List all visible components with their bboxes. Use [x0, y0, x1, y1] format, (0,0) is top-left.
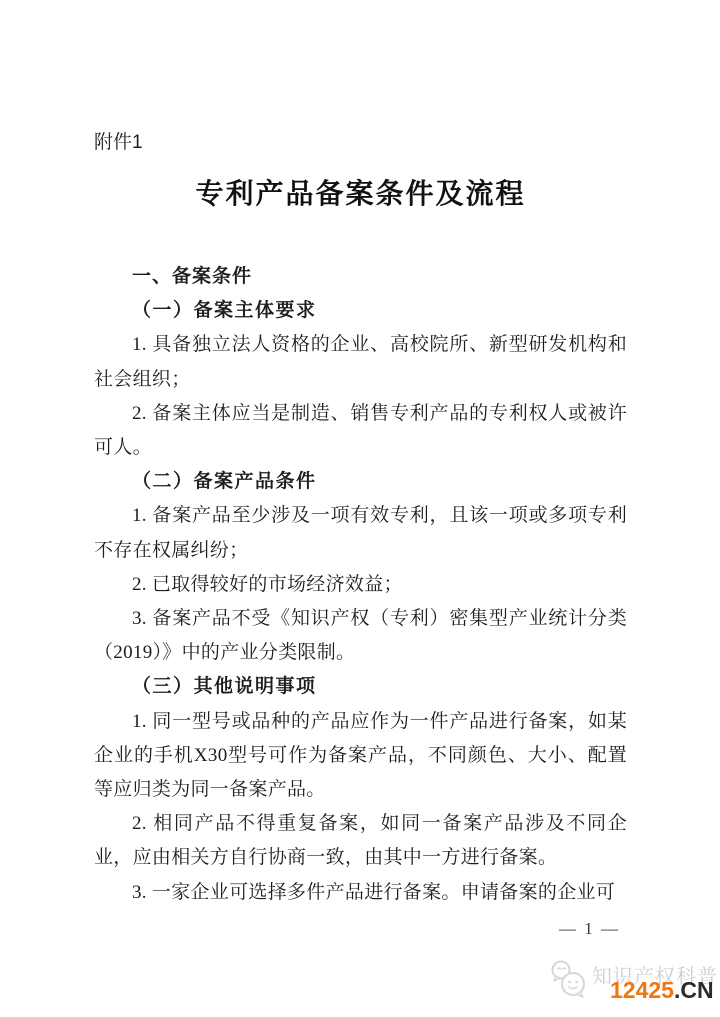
paragraph: 2. 备案主体应当是制造、销售专利产品的专利权人或被许可人。 [94, 397, 627, 465]
paragraph: 1. 同一型号或品种的产品应作为一件产品进行备案，如某企业的手机X30型号可作为… [94, 705, 627, 808]
sub-heading: （二）备案产品条件 [94, 465, 627, 499]
page-number: — 1 — [559, 919, 620, 939]
paragraph: 1. 备案产品至少涉及一项有效专利，且该一项或多项专利不存在权属纠纷； [94, 499, 627, 567]
chat-bubbles-icon [548, 958, 590, 1000]
sub-heading: （三）其他说明事项 [94, 670, 627, 704]
body-text: 一、备案条件 （一）备案主体要求 1. 具备独立法人资格的企业、高校院所、新型研… [94, 260, 627, 910]
section-heading: 一、备案条件 [94, 260, 627, 294]
paragraph: 3. 备案产品不受《知识产权（专利）密集型产业统计分类（2019）》中的产业分类… [94, 602, 627, 670]
paragraph: 2. 已取得较好的市场经济效益； [94, 568, 627, 602]
paragraph: 1. 具备独立法人资格的企业、高校院所、新型研发机构和社会组织； [94, 328, 627, 396]
watermark-site-name: 12425 [610, 977, 674, 1003]
watermark-site-tld: .CN [674, 977, 714, 1003]
site-watermark: 知识产权科普 12425.CN [548, 956, 720, 1008]
document-page: 附件1 专利产品备案条件及流程 一、备案条件 （一）备案主体要求 1. 具备独立… [0, 0, 720, 1017]
sub-heading: （一）备案主体要求 [94, 294, 627, 328]
document-content: 附件1 专利产品备案条件及流程 一、备案条件 （一）备案主体要求 1. 具备独立… [94, 0, 627, 910]
paragraph: 3. 一家企业可选择多件产品进行备案。申请备案的企业可 [94, 876, 627, 910]
document-title: 专利产品备案条件及流程 [94, 177, 627, 213]
paragraph: 2. 相同产品不得重复备案，如同一备案产品涉及不同企业，应由相关方自行协商一致，… [94, 807, 627, 875]
watermark-site-url: 12425.CN [610, 977, 714, 1003]
annex-label: 附件1 [94, 131, 627, 154]
